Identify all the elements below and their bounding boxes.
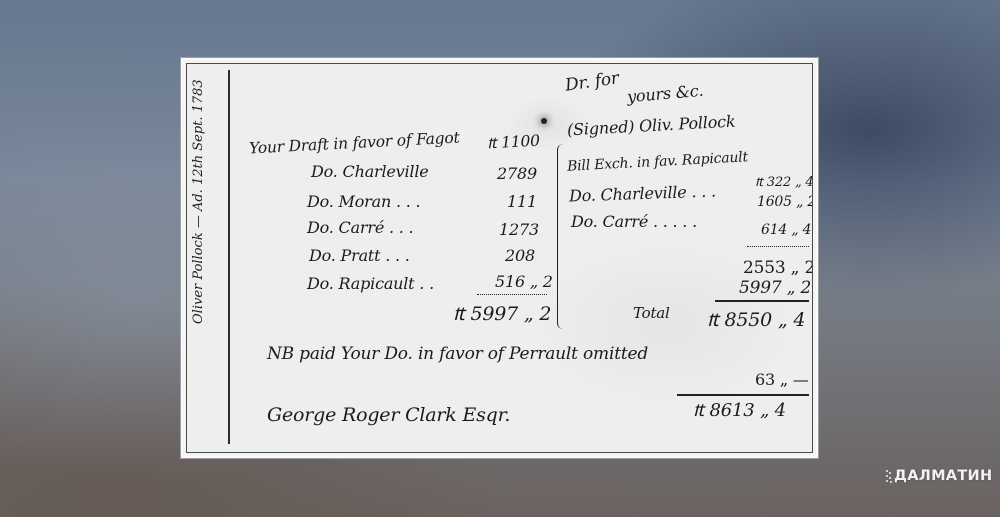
margin-rule [228,70,230,444]
right-subtotal: 2553 „ 2 [743,258,813,278]
note-line: NB paid Your Do. in favor of Perrault om… [267,344,648,364]
watermark-logo: ДАЛМАТИН [886,468,992,484]
left-row-label: Do. Rapicault . . [307,274,434,293]
bracket-divider [557,144,566,329]
grand-total: ₶ 8613 „ 4 [693,398,786,422]
right-carried: 5997 „ 2 [739,278,811,298]
dalmatian-dots-icon [886,469,892,483]
left-subtotal: ₶ 5997 „ 2 [453,300,551,326]
right-row-amount: 1605 „ 2 [757,194,813,210]
ledger-page: Oliver Pollock — Ad. 12th Sept. 1783 Dr.… [186,63,813,453]
left-row-amount: 516 „ 2 [495,272,553,291]
addressee: George Roger Clark Esqr. [267,404,510,426]
left-row-label: Your Draft in favor of Fagot [249,129,460,158]
document-photo: Oliver Pollock — Ad. 12th Sept. 1783 Dr.… [181,58,818,458]
left-row-label: Do. Moran . . . [307,192,420,211]
right-row-label: Do. Charleville . . . [569,181,716,205]
header-dr-for: Dr. for [564,68,620,95]
watermark-label: ДАЛМАТИН [894,468,992,484]
right-row-label: Bill Exch. in fav. Rapicault [567,149,749,174]
total-rule [715,300,809,302]
left-row-amount: 111 [507,192,537,211]
left-row-label: Do. Charleville [311,162,429,181]
omitted-amount: 63 „ — [755,370,809,389]
left-subtotal-rule [477,290,547,295]
ink-blot [541,118,547,124]
header-yours: yours &c. [626,81,704,107]
right-subtotal-rule [747,242,809,247]
header-signed: (Signed) Oliv. Pollock [567,112,736,140]
grand-total-rule [677,394,809,396]
left-row-label: Do. Pratt . . . [309,246,410,265]
left-row-amount: 1273 [499,220,539,239]
right-row-amount: 614 „ 4 [761,222,811,238]
right-row-amount: ₶ 322 „ 4 [755,172,813,190]
total-label: Total [633,304,670,322]
left-row-amount: ₶ 1100 [486,129,540,154]
left-row-amount: 208 [505,246,535,265]
margin-note: Oliver Pollock — Ad. 12th Sept. 1783 [191,79,206,324]
left-row-amount: 2789 [497,164,537,183]
left-row-label: Do. Carré . . . [307,218,413,237]
total-amount: ₶ 8550 „ 4 [707,306,805,332]
right-row-label: Do. Carré . . . . . [571,212,697,231]
